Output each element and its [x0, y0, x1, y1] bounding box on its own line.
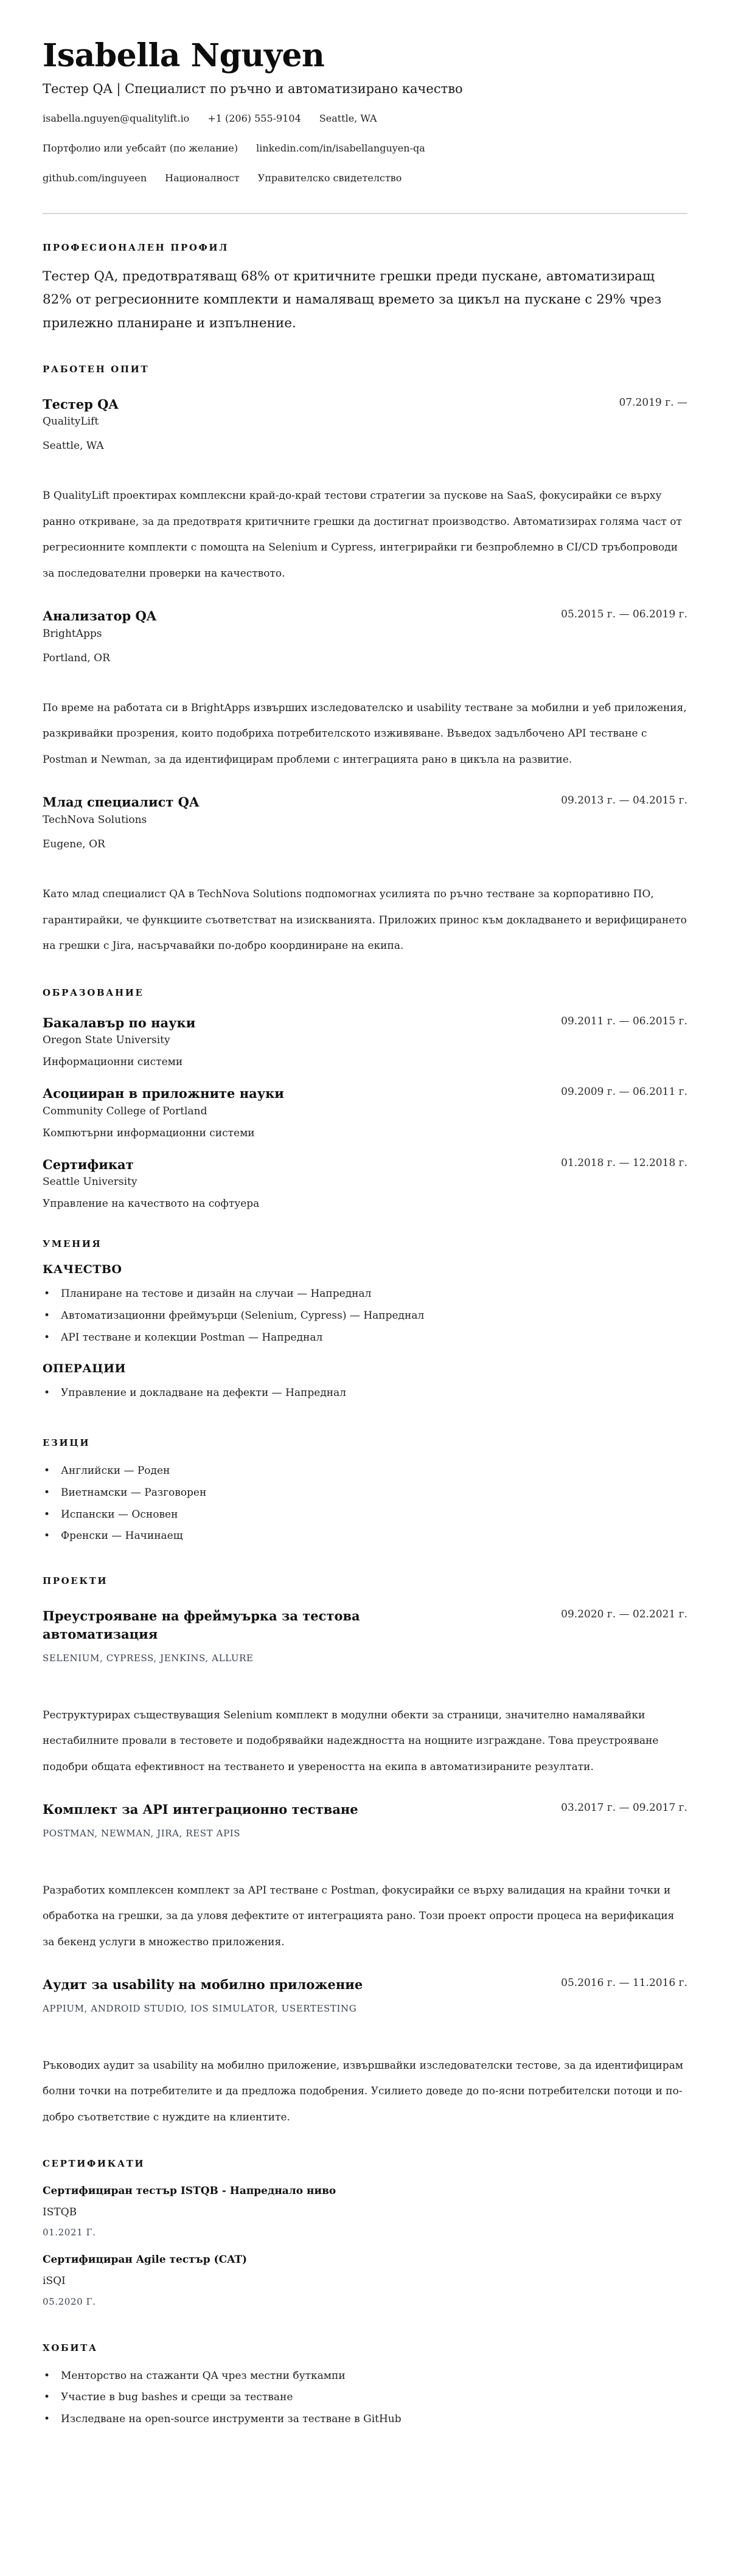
language-item: Испански — Основен	[43, 1504, 687, 1526]
company-name: BrightApps	[43, 627, 687, 641]
phone-number[interactable]: +1 (206) 555-9104	[207, 113, 301, 125]
experience-entry: Млад специалист QA09.2013 г. — 04.2015 г…	[43, 793, 687, 959]
project-name: Аудит за usability на мобилно приложение	[43, 1976, 363, 1994]
job-dates: 05.2015 г. — 06.2019 г.	[561, 607, 687, 620]
field-of-study: Компютърни информационни системи	[43, 1127, 687, 1140]
section-title: Професионален профил	[43, 242, 687, 253]
education-dates: 09.2009 г. — 06.2011 г.	[561, 1085, 687, 1098]
degree-title: Бакалавър по науки	[43, 1014, 195, 1032]
experience-section: Работен опит Тестер QA07.2019 г. —Qualit…	[43, 364, 687, 959]
job-description: В QualityLift проектирах комплексни край…	[43, 483, 687, 586]
job-title: Тестер QA	[43, 395, 119, 414]
language-item: Френски — Начинаещ	[43, 1526, 687, 1547]
entry-header: Сертификат01.2018 г. — 12.2018 г.	[43, 1156, 687, 1174]
certification-entry: Сертифициран тестър ISTQB - Напреднало н…	[43, 2184, 687, 2238]
certification-name: Сертифициран тестър ISTQB - Напреднало н…	[43, 2184, 687, 2199]
hobby-list: Менторство на стажанти QA чрез местни бу…	[43, 2366, 687, 2431]
certification-date: 01.2021 г.	[43, 2227, 687, 2238]
project-description: Ръководих аудит за usability на мобилно …	[43, 2053, 687, 2131]
nationality: Националност	[165, 172, 240, 185]
contact-row: isabella.nguyen@qualitylift.io +1 (206) …	[43, 113, 687, 125]
section-title: Проекти	[43, 1575, 687, 1586]
company-name: TechNova Solutions	[43, 813, 687, 827]
entry-header: Комплект за API интеграционно тестване03…	[43, 1800, 687, 1819]
school-name: Community College of Portland	[43, 1105, 687, 1118]
education-entry: Бакалавър по науки09.2011 г. — 06.2015 г…	[43, 1014, 687, 1069]
location: Seattle, WA	[319, 113, 377, 125]
project-tech-stack: Selenium, Cypress, Jenkins, Allure	[43, 1653, 687, 1664]
certification-issuer: iSQI	[43, 2274, 687, 2289]
language-list: Английски — РоденВиетнамски — Разговорен…	[43, 1460, 687, 1547]
resume-page: Isabella Nguyen Тестер QA | Специалист п…	[0, 0, 730, 2479]
portfolio-link[interactable]: Портфолио или уебсайт (по желание)	[43, 142, 238, 155]
project-entry: Комплект за API интеграционно тестване03…	[43, 1800, 687, 1955]
job-location: Seattle, WA	[43, 439, 687, 453]
header-divider	[43, 213, 687, 214]
summary-text: Тестер QA, предотвратяващ 68% от критичн…	[43, 265, 687, 336]
skill-item: Управление и докладване на дефекти — Нап…	[43, 1383, 687, 1404]
hobby-item: Менторство на стажанти QA чрез местни бу…	[43, 2366, 687, 2387]
entry-header: Млад специалист QA09.2013 г. — 04.2015 г…	[43, 793, 687, 811]
summary-section: Професионален профил Тестер QA, предотвр…	[43, 242, 687, 336]
entry-header: Асоцииран в приложните науки09.2009 г. —…	[43, 1085, 687, 1103]
section-title: Сертификати	[43, 2158, 687, 2169]
driving-license: Управителско свидетелство	[258, 172, 402, 185]
project-description: Реструктурирах съществуващия Selenium ко…	[43, 1703, 687, 1780]
language-item: Виетнамски — Разговорен	[43, 1482, 687, 1504]
hobbies-section: Хобита Менторство на стажанти QA чрез ме…	[43, 2342, 687, 2431]
section-title: Езици	[43, 1437, 687, 1448]
experience-entry: Тестер QA07.2019 г. —QualityLiftSeattle,…	[43, 395, 687, 587]
job-location: Portland, OR	[43, 651, 687, 665]
skill-category-title: ОПЕРАЦИИ	[43, 1362, 687, 1375]
skill-category-title: КАЧЕСТВО	[43, 1263, 687, 1276]
experience-entry: Анализатор QA05.2015 г. — 06.2019 г.Brig…	[43, 607, 687, 772]
job-dates: 09.2013 г. — 04.2015 г.	[561, 793, 687, 807]
project-entry: Аудит за usability на мобилно приложение…	[43, 1976, 687, 2130]
school-name: Seattle University	[43, 1175, 687, 1189]
section-title: Образование	[43, 987, 687, 998]
section-title: Хобита	[43, 2342, 687, 2353]
skill-list: Управление и докладване на дефекти — Нап…	[43, 1383, 687, 1404]
education-dates: 01.2018 г. — 12.2018 г.	[561, 1156, 687, 1169]
education-entry: Асоцииран в приложните науки09.2009 г. —…	[43, 1085, 687, 1140]
entry-header: Преустрояване на фреймуърка за тестова а…	[43, 1607, 687, 1644]
field-of-study: Информационни системи	[43, 1055, 687, 1069]
language-item: Английски — Роден	[43, 1460, 687, 1482]
certification-name: Сертифициран Agile тестър (CAT)	[43, 2252, 687, 2268]
job-title: Анализатор QA	[43, 607, 156, 625]
certification-entry: Сертифициран Agile тестър (CAT)iSQI05.20…	[43, 2252, 687, 2307]
projects-section: Проекти Преустрояване на фреймуърка за т…	[43, 1575, 687, 2130]
entry-header: Анализатор QA05.2015 г. — 06.2019 г.	[43, 607, 687, 625]
project-dates: 09.2020 г. — 02.2021 г.	[561, 1607, 687, 1620]
job-dates: 07.2019 г. —	[619, 395, 687, 409]
section-title: Работен опит	[43, 364, 687, 375]
job-location: Eugene, OR	[43, 838, 687, 851]
entry-header: Бакалавър по науки09.2011 г. — 06.2015 г…	[43, 1014, 687, 1032]
hobby-item: Участие в bug bashes и срещи за тестване	[43, 2387, 687, 2409]
github-link[interactable]: github.com/inguyeen	[43, 172, 147, 185]
project-tech-stack: Postman, Newman, Jira, REST APIs	[43, 1828, 687, 1839]
skill-item: Автоматизационни фреймуърци (Selenium, C…	[43, 1305, 687, 1327]
contact-block: isabella.nguyen@qualitylift.io +1 (206) …	[43, 113, 687, 184]
job-description: Като млад специалист QA в TechNova Solut…	[43, 881, 687, 959]
job-title: Млад специалист QA	[43, 793, 199, 811]
education-entry: Сертификат01.2018 г. — 12.2018 г.Seattle…	[43, 1156, 687, 1211]
education-dates: 09.2011 г. — 06.2015 г.	[561, 1014, 687, 1027]
field-of-study: Управление на качеството на софтуера	[43, 1197, 687, 1210]
education-section: Образование Бакалавър по науки09.2011 г.…	[43, 987, 687, 1211]
contact-row: Портфолио или уебсайт (по желание) linke…	[43, 142, 687, 155]
project-description: Разработих комплексен комплект за API те…	[43, 1878, 687, 1956]
languages-section: Езици Английски — РоденВиетнамски — Разг…	[43, 1437, 687, 1547]
resume-header: Isabella Nguyen Тестер QA | Специалист п…	[43, 38, 687, 185]
hobby-item: Изследване на open-source инструменти за…	[43, 2409, 687, 2431]
certifications-section: Сертификати Сертифициран тестър ISTQB - …	[43, 2158, 687, 2307]
skill-item: Планиране на тестове и дизайн на случаи …	[43, 1283, 687, 1305]
project-entry: Преустрояване на фреймуърка за тестова а…	[43, 1607, 687, 1780]
degree-title: Асоцииран в приложните науки	[43, 1085, 284, 1103]
school-name: Oregon State University	[43, 1033, 687, 1047]
project-dates: 05.2016 г. — 11.2016 г.	[561, 1976, 687, 1989]
job-description: По време на работата си в BrightApps изв…	[43, 695, 687, 773]
skill-item: API тестване и колекции Postman — Напред…	[43, 1327, 687, 1349]
skills-section: Умения КАЧЕСТВОПланиране на тестове и ди…	[43, 1238, 687, 1404]
entry-header: Тестер QA07.2019 г. —	[43, 395, 687, 414]
certification-issuer: ISTQB	[43, 2206, 687, 2220]
candidate-headline: Тестер QA | Специалист по ръчно и автома…	[43, 80, 687, 98]
project-dates: 03.2017 г. — 09.2017 г.	[561, 1800, 687, 1814]
contact-row: github.com/inguyeen Националност Управит…	[43, 172, 687, 185]
project-tech-stack: Appium, Android Studio, iOS Simulator, U…	[43, 2003, 687, 2014]
skill-list: Планиране на тестове и дизайн на случаи …	[43, 1283, 687, 1349]
project-name: Преустрояване на фреймуърка за тестова а…	[43, 1607, 432, 1644]
linkedin-link[interactable]: linkedin.com/in/isabellanguyen-qa	[256, 142, 425, 155]
project-name: Комплект за API интеграционно тестване	[43, 1800, 358, 1819]
degree-title: Сертификат	[43, 1156, 134, 1174]
candidate-name: Isabella Nguyen	[43, 38, 687, 74]
entry-header: Аудит за usability на мобилно приложение…	[43, 1976, 687, 1994]
company-name: QualityLift	[43, 415, 687, 428]
certification-date: 05.2020 г.	[43, 2296, 687, 2307]
email-link[interactable]: isabella.nguyen@qualitylift.io	[43, 113, 189, 125]
section-title: Умения	[43, 1238, 687, 1249]
